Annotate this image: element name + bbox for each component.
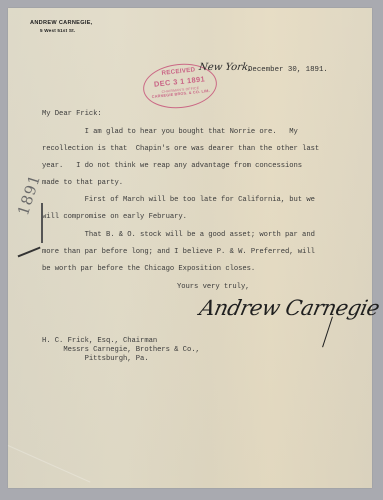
margin-bar-mark [41, 203, 43, 243]
letterhead-address: 5 West 51st St. [40, 28, 93, 33]
letter-place: New York, [198, 62, 252, 73]
body-line: year. I do not think we reap any advanta… [42, 162, 302, 170]
letterhead: ANDREW CARNEGIE, 5 West 51st St. [30, 20, 93, 33]
closing: Yours very truly, [177, 283, 249, 291]
letter-date: December 30, 1891. [248, 66, 328, 74]
signature: Andrew Carnegie [197, 296, 381, 320]
body-line: more than par before long; and I believe… [42, 248, 315, 256]
addressee-line: Messrs Carnegie, Brothers & Co., [42, 346, 200, 354]
letterhead-name: ANDREW CARNEGIE, [30, 20, 93, 26]
body-line: made to that party. [42, 179, 123, 187]
body-line: be worth par before the Chicago Expositi… [42, 265, 255, 273]
body-line: will compromise on early February. [42, 213, 187, 221]
body-line: First of March will be too late for Cali… [42, 196, 315, 204]
addressee-line: H. C. Frick, Esq., Chairman [42, 337, 157, 345]
body-line: recollection is that Chapin's ore was de… [42, 145, 319, 153]
body-line: That B. & O. stock will be a good asset;… [42, 231, 315, 239]
salutation: My Dear Frick: [42, 110, 102, 118]
addressee-line: Pittsburgh, Pa. [42, 355, 149, 363]
body-line: I am glad to hear you bought that Norrie… [42, 128, 298, 136]
